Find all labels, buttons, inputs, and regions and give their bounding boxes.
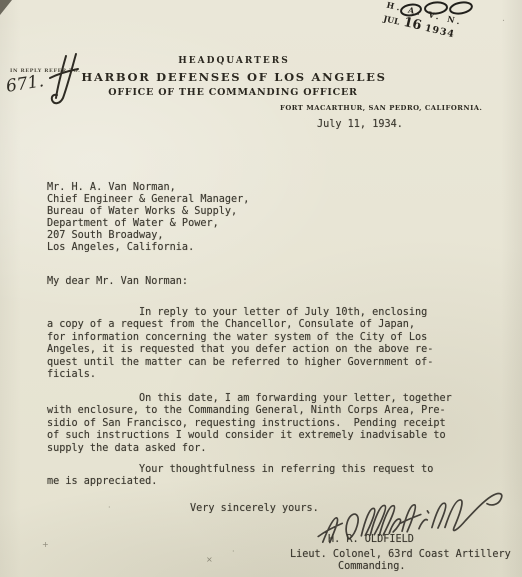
letterhead-office: OFFICE OF THE COMMANDING OFFICER [108,87,357,98]
stamp-year: 1934 [424,23,456,41]
paper-speck: × [206,555,213,564]
signature-role: Commanding. [338,561,405,573]
scan-corner-shadow [0,0,12,15]
signature-title: Lieut. Colonel, 63rd Coast Artillery [290,549,511,561]
stamp-month: JUL [383,13,401,26]
body-paragraph-3: Your thoughtfulness in referring this re… [47,464,433,489]
handwritten-flourish [44,52,84,108]
letter-date: July 11, 1934. [317,119,403,131]
complimentary-close: Very sincerely yours. [190,503,319,515]
stamp-day: 16 [402,15,423,34]
letterhead-unit: HARBOR DEFENSES OF LOS ANGELES [81,70,386,84]
handwritten-file-number: 671. [5,71,46,97]
recipient-address: Mr. H. A. Van Norman, Chief Engineer & G… [47,182,249,253]
paper-speck: · [499,16,507,25]
body-paragraph-2: On this date, I am forwarding your lette… [47,393,452,455]
letterhead-headquarters: HEADQUARTERS [178,56,289,66]
signature-name: H. R. OLDFIELD [328,534,414,546]
paper-speck: + [42,540,49,549]
paper-speck: · [108,503,111,512]
letterhead-location: FORT MACARTHUR, SAN PEDRO, CALIFORNIA. [280,104,482,112]
salutation: My dear Mr. Van Norman: [47,276,188,288]
body-paragraph-1: In reply to your letter of July 10th, en… [47,307,433,381]
paper-speck: · [232,547,235,556]
